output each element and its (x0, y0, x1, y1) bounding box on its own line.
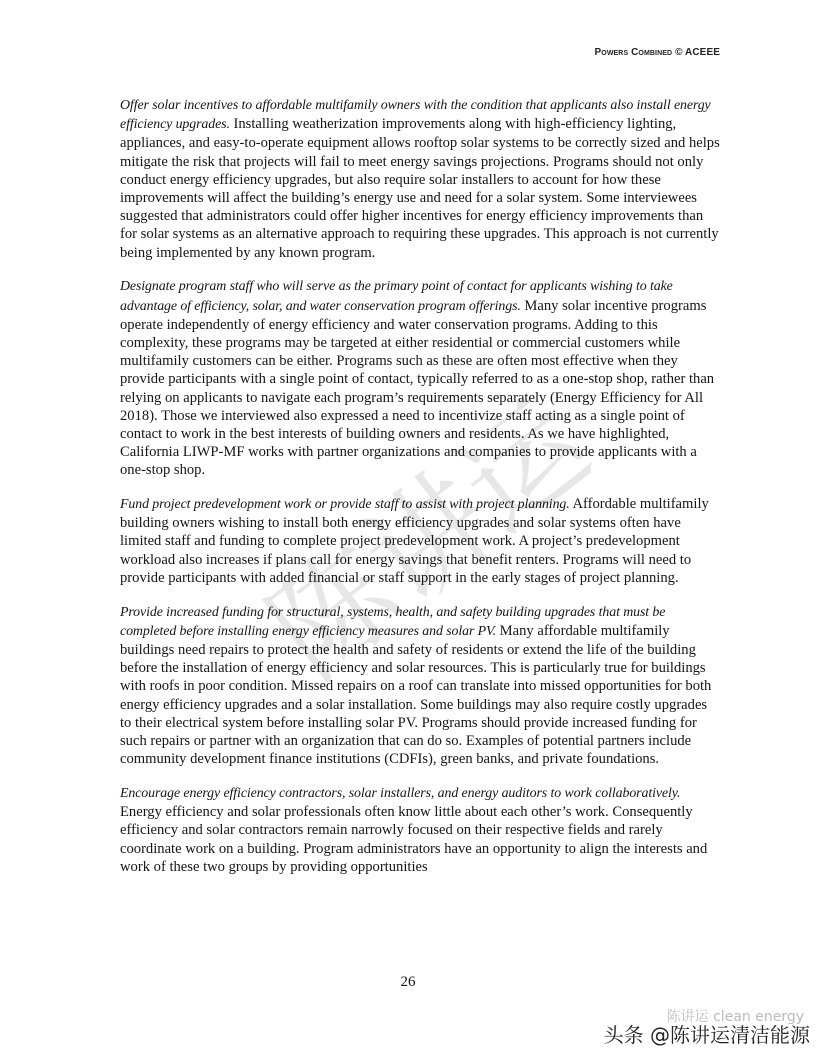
recommendation-paragraph-2: Designate program staff who will serve a… (120, 277, 720, 479)
page-number: 26 (0, 974, 816, 991)
body-text: Offer solar incentives to affordable mul… (120, 96, 720, 891)
recommendation-paragraph-5: Encourage energy efficiency contractors,… (120, 784, 720, 876)
recommendation-lead: Encourage energy efficiency contractors,… (120, 786, 680, 801)
recommendation-body: Energy efficiency and solar professional… (120, 804, 707, 875)
recommendation-paragraph-1: Offer solar incentives to affordable mul… (120, 96, 720, 262)
recommendation-paragraph-4: Provide increased funding for structural… (120, 603, 720, 769)
recommendation-paragraph-3: Fund project predevelopment work or prov… (120, 495, 720, 587)
recommendation-body: Many solar incentive programs operate in… (120, 298, 714, 479)
corner-watermark: 头条 @陈讲运清洁能源 (604, 1019, 810, 1048)
document-page: Powers Combined © ACEEE Offer solar ince… (0, 0, 816, 1056)
recommendation-lead: Fund project predevelopment work or prov… (120, 497, 570, 512)
running-header: Powers Combined © ACEEE (595, 47, 720, 58)
recommendation-body: Installing weatherization improvements a… (120, 116, 720, 260)
recommendation-body: Many affordable multifamily buildings ne… (120, 623, 711, 767)
